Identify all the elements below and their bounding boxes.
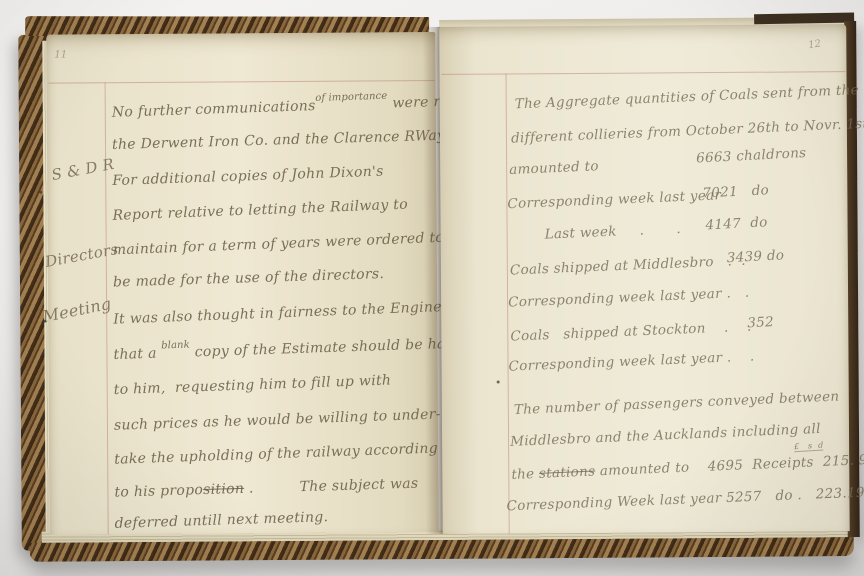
currency-superscript: £ s d xyxy=(794,441,824,453)
interlinear-insertion: of importance xyxy=(315,91,387,104)
photo-background: 11 S & D R Directors Meeting No further … xyxy=(0,0,864,576)
handwriting-value: 4147 do xyxy=(705,214,768,233)
struck-text: sition xyxy=(203,481,244,498)
left-page-number: 11 xyxy=(54,50,67,61)
handwriting-value: 3439 do xyxy=(726,247,784,266)
right-page-number: 12 xyxy=(808,38,822,51)
line-text: to his propo xyxy=(114,482,203,501)
handwriting-value: 352 xyxy=(747,314,774,331)
book-cover-top-right-edge xyxy=(754,13,854,25)
line-text: . xyxy=(244,481,254,497)
ink-speck xyxy=(39,191,42,194)
receipts-value: 215. 9. 7 xyxy=(823,451,864,470)
minute-book: 11 S & D R Directors Meeting No further … xyxy=(0,0,864,576)
line-text: the xyxy=(511,466,539,483)
handwriting-value: 7021 do xyxy=(702,182,769,201)
struck-text: stations xyxy=(539,463,596,481)
interlinear-insertion: blank xyxy=(161,340,190,352)
ink-speck xyxy=(497,381,500,384)
line-text: that a xyxy=(113,345,161,363)
ink-speck xyxy=(43,320,46,323)
